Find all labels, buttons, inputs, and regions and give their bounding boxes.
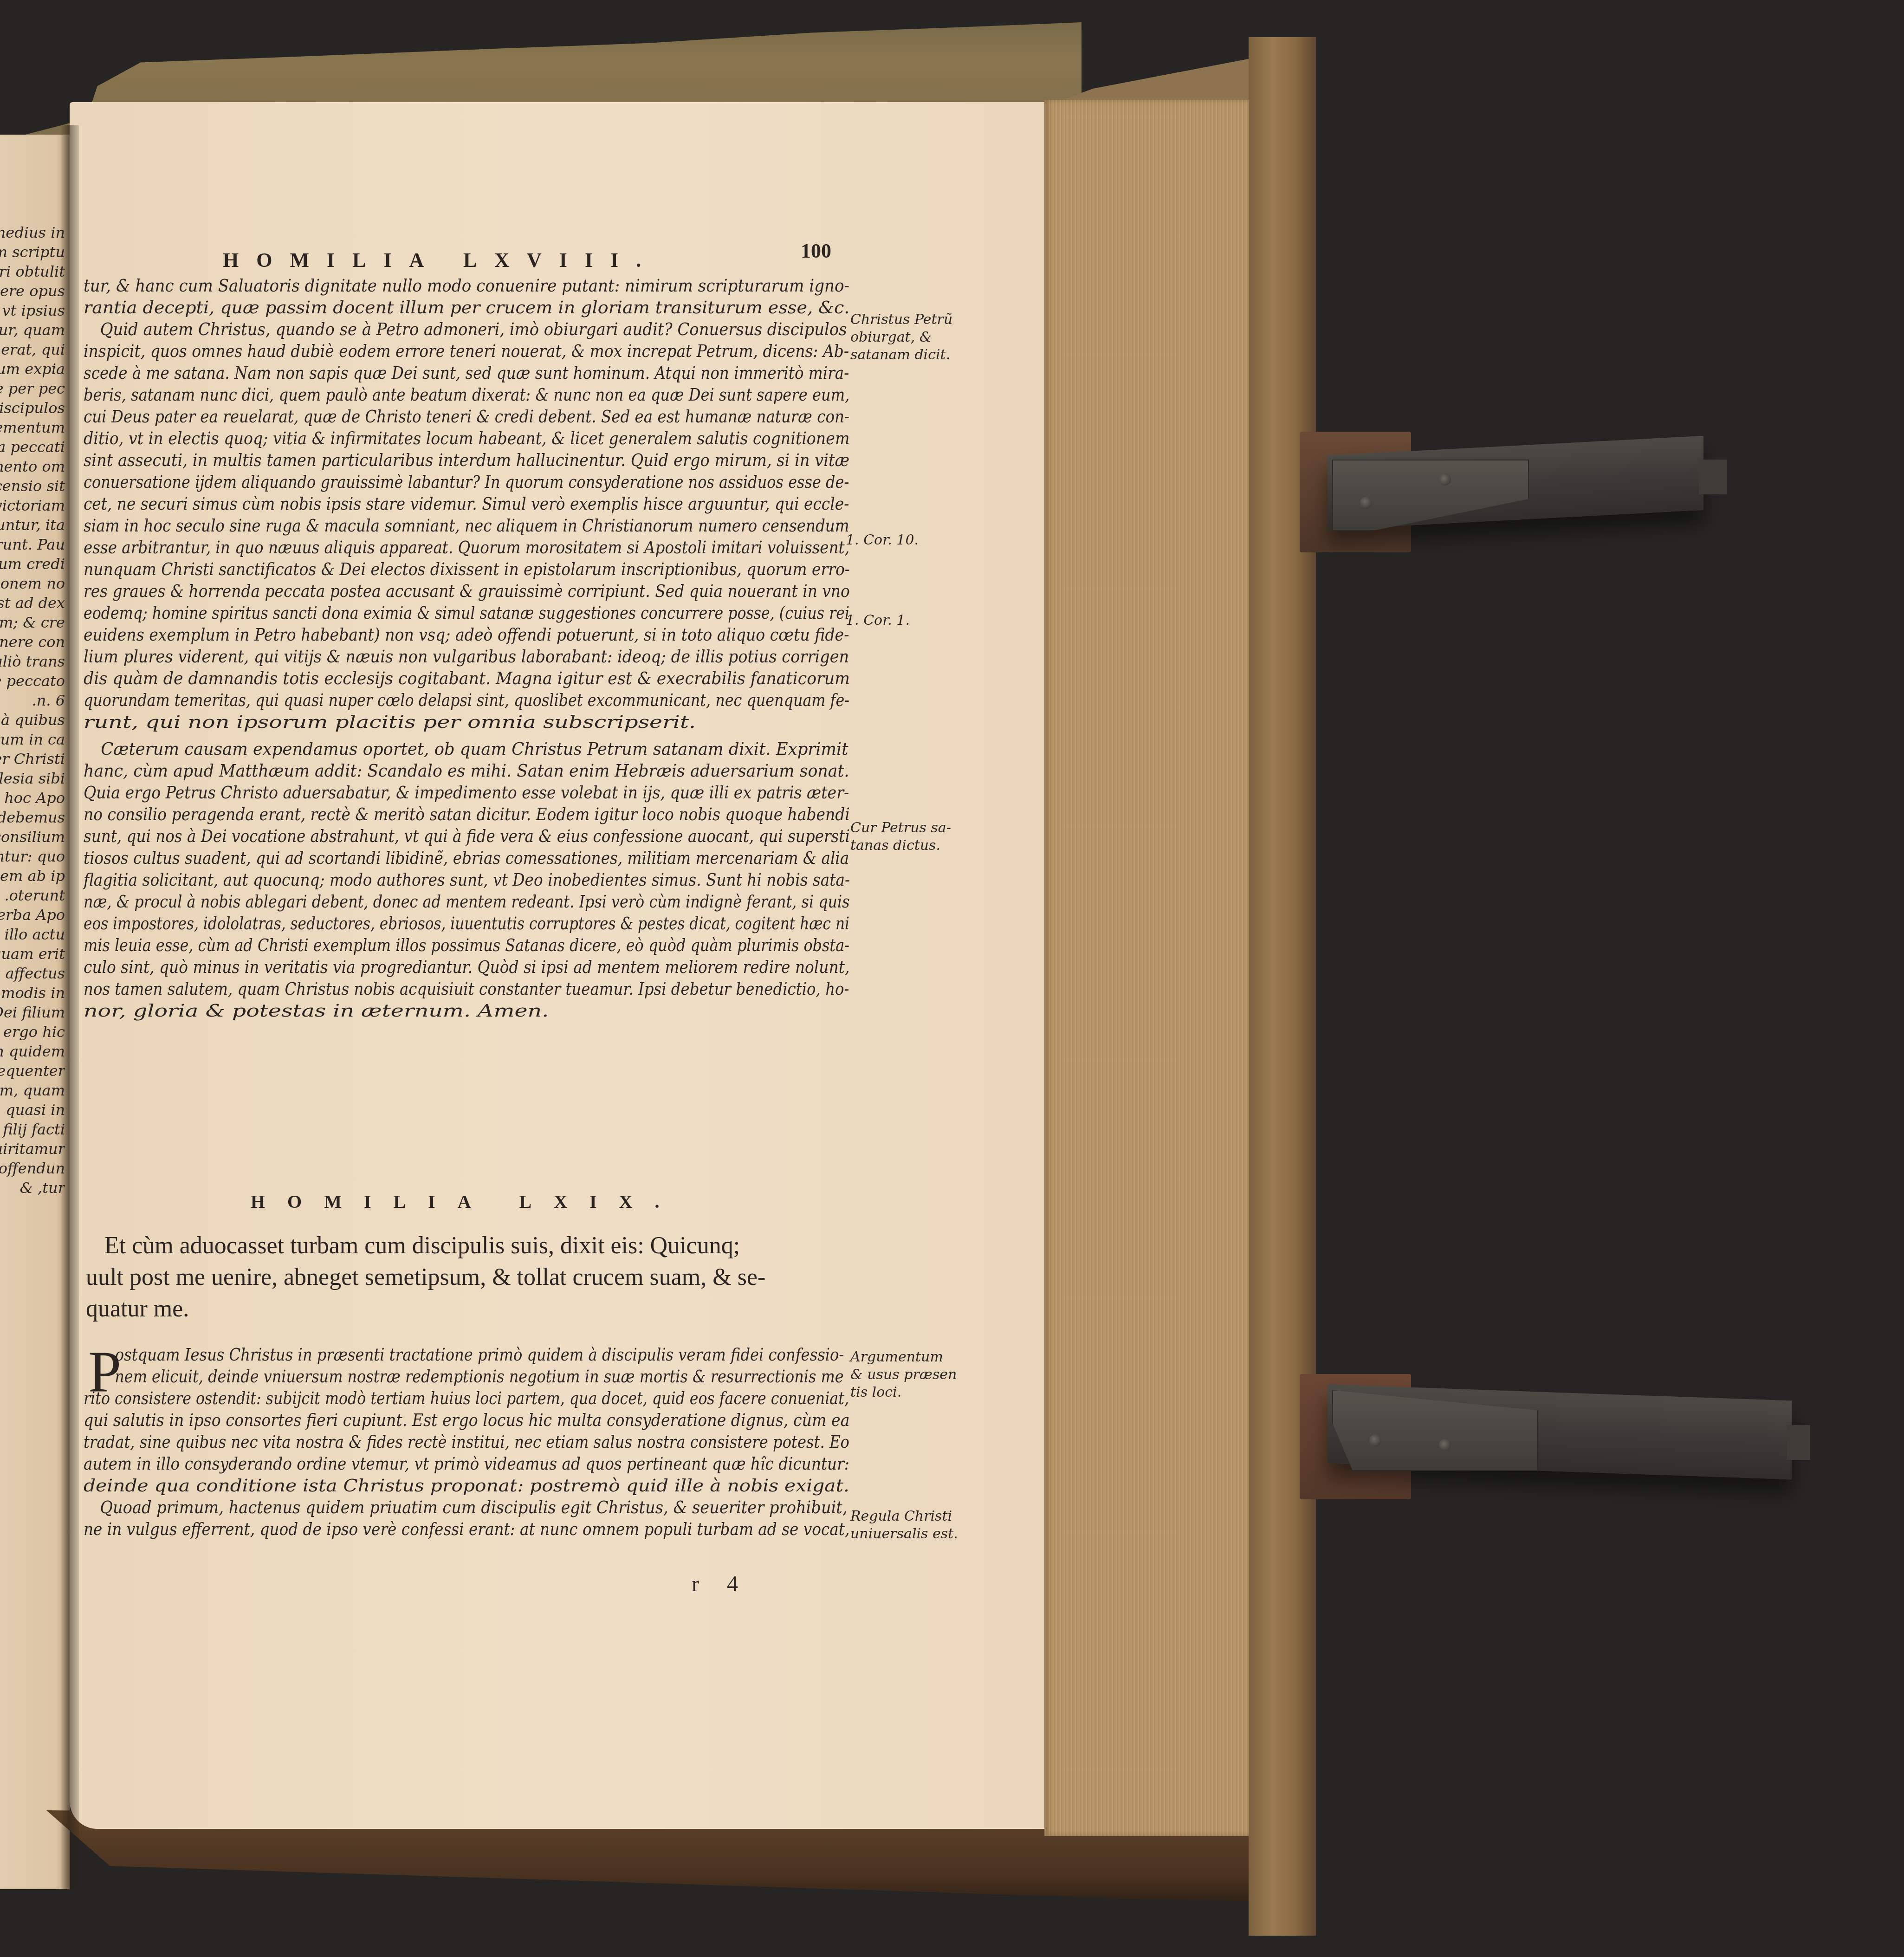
text-line: Quid autem Christus, quando se à Petro a… (84, 318, 770, 340)
margin-note-regula-christi: Regula Christiuniuersalis est. (850, 1508, 958, 1543)
margin-note-line: 1. Cor. 10. (846, 531, 919, 549)
left-page-line: nũ Iesum; & cre- (0, 613, 65, 632)
margin-note-line: Regula Christi (850, 1508, 958, 1525)
left-page-line: Christum credi- (0, 554, 65, 574)
left-page-line: Christum quidem (0, 1042, 65, 1061)
left-page-line: quotidie peccato (0, 671, 65, 691)
left-page-line: sumus, quasi in- (0, 1100, 65, 1120)
left-page-line: emper Christi & (0, 749, 65, 769)
margin-note-line: 1. Cor. 1. (846, 612, 910, 629)
left-page-line: e Dei consilium, (0, 827, 65, 847)
text-line: res graues & horrenda peccata postea acc… (84, 580, 750, 602)
margin-note-christus-petrum: Christus Petrũobiurgat, &satanam dicit. (850, 311, 952, 364)
text-line: euidens exemplum in Petro habebant) non … (84, 624, 756, 646)
left-page-line: nonemur, quam (0, 320, 65, 340)
scripture-verse: Et cùm aduocasset turbam cum discipulis … (86, 1230, 765, 1325)
signature-mark: r 4 (692, 1571, 749, 1597)
text-line: deinde qua conditione ista Christus prop… (84, 1475, 910, 1497)
left-page-line: lituerunt. Pau- (0, 535, 65, 554)
left-page-line: d crucem, quam (0, 1081, 65, 1100)
rivet-icon (1439, 1439, 1451, 1451)
left-page-line: n vel aliò trans- (0, 652, 65, 671)
text-line: næ, & procul à nobis ablegari debent, do… (84, 891, 729, 913)
homily-68-body-part-1: tur, & hanc cum Saluatoris dignitate nul… (84, 275, 854, 733)
text-line: inspicit, quos omnes haud dubiè eodem er… (84, 340, 752, 362)
text-line: Quoad primum, hactenus quidem priuatim c… (84, 1497, 766, 1518)
left-page-line: erebantur: quo- (0, 847, 65, 866)
verse-line: uult post me uenire, abneget semetipsum,… (86, 1262, 765, 1293)
left-page-line: andum erat, qui (0, 340, 65, 359)
text-line: rito consistere ostendit: subijcit modò … (84, 1387, 725, 1409)
margin-note-line: tis loci. (850, 1384, 957, 1401)
margin-note-line: Christus Petrũ (850, 311, 952, 329)
left-page-line: oniunguntur, ita (0, 515, 65, 535)
page-block-fore-edge (1044, 100, 1249, 1836)
left-page-line: catorum expia- (0, 359, 65, 379)
text-line: beris, satanam nunc dici, quem paulò ant… (84, 384, 735, 406)
text-line: quorundam temeritas, qui quasi nuper cœl… (84, 689, 728, 711)
clasp-hook (1787, 1425, 1810, 1460)
right-cover-board (1249, 37, 1316, 1936)
margin-note-line: satanam dicit. (850, 346, 952, 364)
margin-note-argumentum: Argumentum& usus præsentis loci. (850, 1348, 957, 1401)
text-line: Cæterum causam expendamus oportet, ob qu… (84, 738, 801, 760)
rivet-icon (1360, 497, 1372, 509)
left-page-line: dem medius in- (0, 223, 65, 242)
left-page-line: probatum in ca- (0, 730, 65, 749)
rivet-icon (1439, 473, 1451, 486)
text-line: culo sint, quò minus in veritatis via pr… (84, 956, 750, 978)
left-page-line: ui in ecclesia sibi (0, 769, 65, 788)
margin-note-line: & usus præsen (850, 1366, 957, 1384)
margin-note-line: obiurgat, & (850, 329, 952, 346)
left-page-line: nequaquam erit (0, 944, 65, 964)
left-page-line: nos manere con- (0, 632, 65, 652)
text-line: tradat, sine quibus nec vita nostra & fi… (84, 1431, 737, 1453)
margin-note-1-cor-1: 1. Cor. 1. (846, 612, 910, 629)
left-page-line: ffendi debemus, (0, 808, 65, 827)
left-page-line: stificationem no- (0, 574, 65, 593)
margin-note-line: tanas dictus. (850, 837, 951, 855)
left-page-line: cœlos Ascensio sit (0, 476, 65, 496)
running-head: HOMILIA LXVIII. (223, 248, 659, 272)
left-page-line: cerat, vt ipsius (0, 301, 65, 320)
left-page-line: ne sua discipulos (0, 398, 65, 418)
left-page-text: dem medius in-ra olim scriptu-eo patri o… (0, 223, 65, 1198)
margin-note-line: uniuersalis est. (850, 1525, 958, 1543)
text-line: tur, & hanc cum Saluatoris dignitate nul… (84, 275, 776, 297)
text-line: nor, gloria & potestas in æternum. Amen. (84, 1000, 1047, 1022)
text-line: hanc, cùm apud Matthæum addit: Scandalo … (84, 760, 790, 782)
left-page-line: abolo victoriam (0, 496, 65, 515)
text-line: tiosos cultus suadent, qui ad scortandi … (84, 847, 747, 869)
text-line: no consilio peragenda erant, rectè & mer… (84, 804, 751, 825)
left-page-line: ra olim scriptu- (0, 242, 65, 262)
left-page-line: i cruce offendun- (0, 1159, 65, 1178)
text-line: sunt, qui nos à Dei vocatione abstrahunt… (84, 825, 745, 847)
homily-69-body: ostquam Iesus Christus in præsenti tract… (84, 1344, 854, 1540)
text-line: eos impostores, idololatras, seductores,… (84, 913, 715, 934)
text-line: esse arbitrantur, in quo næuus aliquis a… (84, 537, 744, 558)
text-line: runt, qui non ipsorum placitis per omnia… (84, 711, 1047, 733)
left-page-line: ristus, à quibus (0, 710, 65, 730)
verse-line: Et cùm aduocasset turbam cum discipulis … (86, 1230, 765, 1262)
text-line: nos tamen salutem, quam Christus nobis a… (84, 978, 741, 1000)
text-line: siam in hoc seculo sine ruga & macula so… (84, 515, 744, 537)
text-line: dis quàm de damnandis totis ecclesijs co… (84, 667, 789, 689)
left-page-line: t. Elucet ergo hic (0, 1022, 65, 1042)
left-page-line: c deuicta peccati (0, 437, 65, 457)
text-line: autem in illo consyderando ordine vtemur… (84, 1453, 746, 1475)
text-line: eodemq; homine spiritus sancti dona exim… (84, 602, 725, 624)
text-line: sint assecuti, in multis tamen particula… (84, 449, 766, 471)
left-page-line: tur, quæ per pec (0, 379, 65, 398)
text-line: nunquam Christi sanctificatos & Dei elec… (84, 558, 751, 580)
text-line: flagitia solicitant, aut quocunq; modo a… (84, 869, 749, 891)
text-line: ditio, vt in electis quoq; vitia & infir… (84, 428, 757, 449)
homily-69-heading: HOMILIA LXIX. (251, 1191, 682, 1212)
left-page-line: n. 6. (0, 691, 65, 710)
left-page-line: argumento om- (0, 457, 65, 476)
rivet-icon (1369, 1434, 1381, 1446)
left-page-line: lum facere opus (0, 281, 65, 301)
clasp-upper (1300, 432, 1787, 571)
margin-note-1-cor-10: 1. Cor. 10. (846, 531, 919, 549)
left-page-line: dum quiritamur. (0, 1139, 65, 1159)
text-line: cui Deus pater ea reuelarat, quæ de Chri… (84, 406, 742, 428)
text-line: cet, ne securi simus cùm nobis ipsis sta… (84, 493, 749, 515)
margin-note-cur-petrus: Cur Petrus sa-tanas dictus. (850, 819, 951, 855)
left-page-line: nnibus modis in- (0, 983, 65, 1003)
text-line: rantia decepti, quæ passim docent illum … (84, 297, 855, 318)
left-page-line: tur, & (0, 1178, 65, 1198)
verse-line: quatur me. (86, 1293, 765, 1325)
left-page-line: oterunt. (0, 886, 65, 905)
left-page-line: risti verba Apo- (0, 905, 65, 925)
text-line: ostquam Iesus Christus in præsenti tract… (84, 1344, 736, 1366)
left-page-line: complementum (0, 418, 65, 437)
margin-note-line: Cur Petrus sa- (850, 819, 951, 837)
left-page-line: eo patri obtulit, (0, 262, 65, 281)
text-line: qui salutis in ipso consortes fieri cupi… (84, 1409, 757, 1431)
clasp-hook (1699, 460, 1727, 494)
left-page-line: am & Dei filium (0, 1003, 65, 1022)
margin-note-line: Argumentum (850, 1348, 957, 1366)
left-page-line: ferunt hoc Apo- (0, 788, 65, 808)
left-page-line: ficationem ab ip- (0, 866, 65, 886)
text-line: nem elicuit, deinde vniuersum nostræ red… (84, 1366, 731, 1387)
left-page-line: ipsis frequenter, (0, 1061, 65, 1081)
left-page-line: redes & filij facti (0, 1120, 65, 1139)
text-line: conuersatione ijdem aliquando grauissimè… (84, 471, 732, 493)
text-line: lium plures viderent, qui vitijs & næuis… (84, 646, 764, 667)
homily-68-body-part-2: Cæterum causam expendamus oportet, ob qu… (84, 738, 854, 1022)
page-number: 100 (801, 239, 831, 263)
left-page-line: iam est ad dex- (0, 593, 65, 613)
text-line: mis leuia esse, cùm ad Christi exemplum … (84, 934, 730, 956)
left-page-line: ia cum illo actu- (0, 925, 65, 944)
text-line: ne in vulgus efferrent, quod de ipso ver… (84, 1518, 747, 1540)
text-line: Quia ergo Petrus Christo aduersabatur, &… (84, 782, 756, 804)
text-line: scede à me satana. Nam non sapis quæ Dei… (84, 362, 745, 384)
clasp-lower (1300, 1374, 1880, 1513)
left-page-line: carnis affectus, (0, 964, 65, 983)
